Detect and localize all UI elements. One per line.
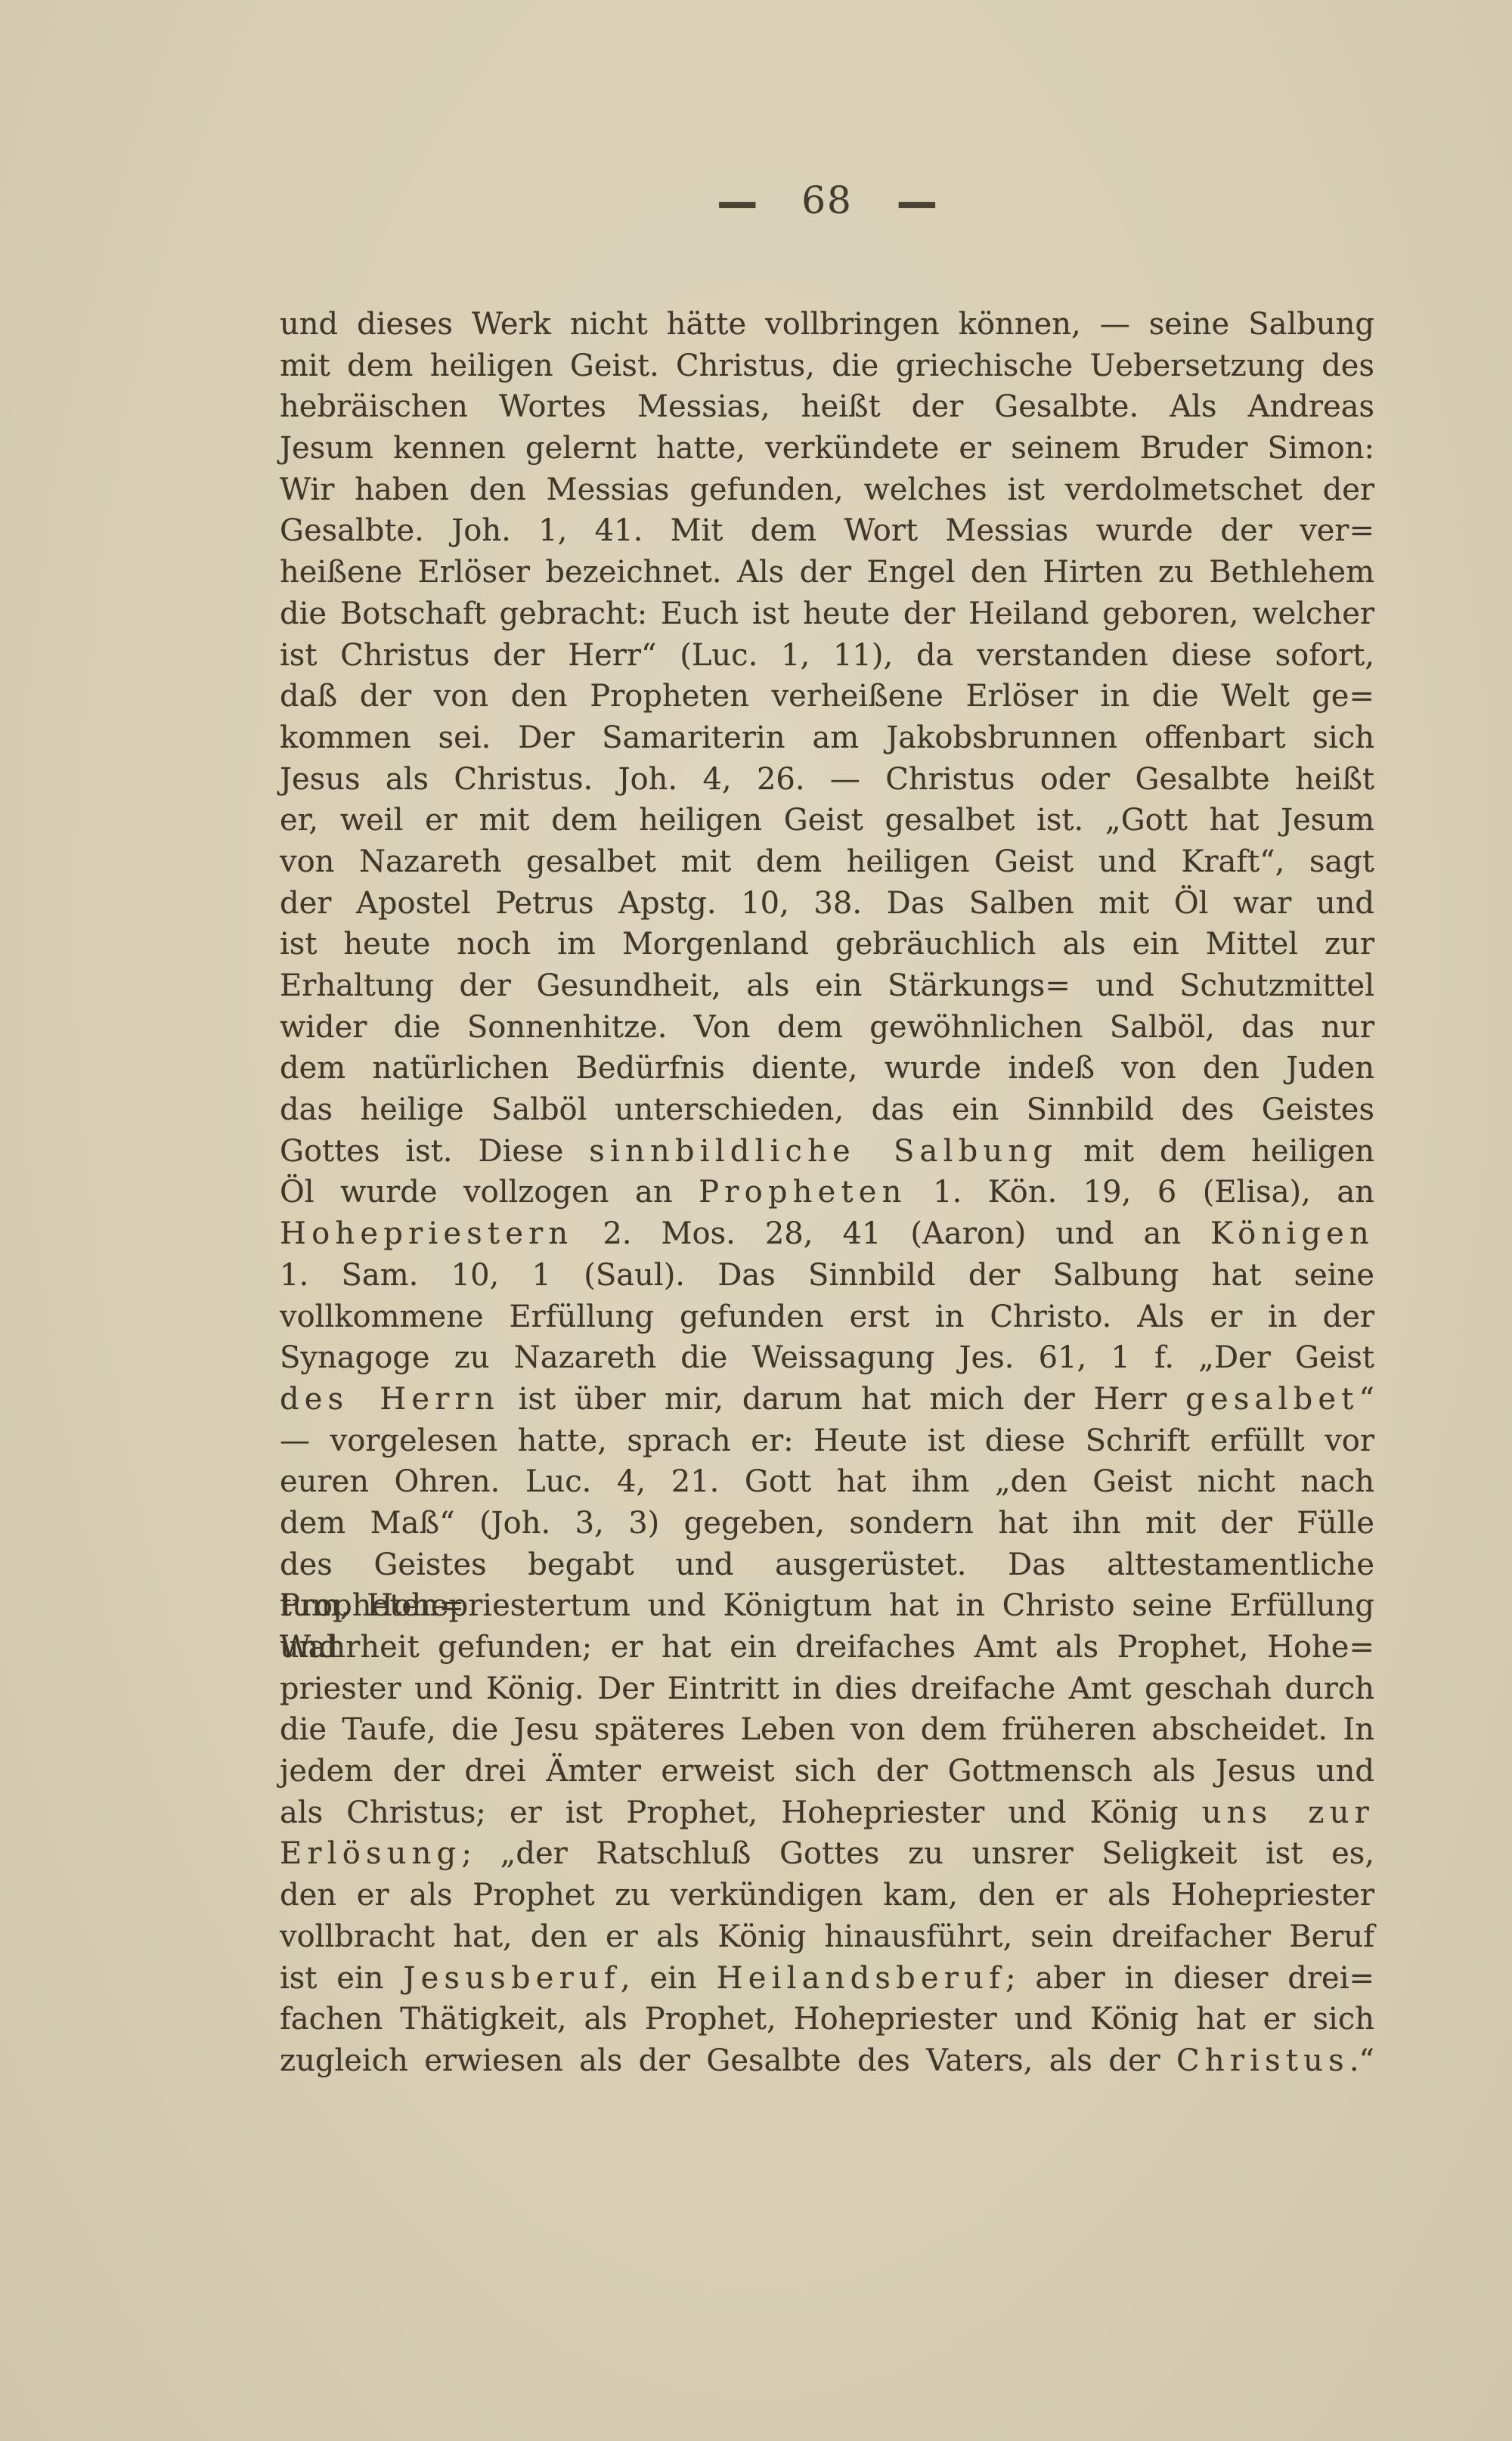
- text-line: dem Maß“ (Joh. 3, 3) gegeben, sondern ha…: [280, 1503, 1374, 1544]
- text-line: er, weil er mit dem heiligen Geist gesal…: [280, 800, 1374, 841]
- text-line: Hohepriestern 2. Mos. 28, 41 (Aaron) und…: [280, 1213, 1374, 1255]
- letterspaced-word: des Herrn: [280, 1382, 500, 1417]
- text-line: daß der von den Propheten verheißene Erl…: [280, 676, 1374, 717]
- letterspaced-word: gesalbet: [1185, 1382, 1359, 1417]
- text-line: Wir haben den Messias gefunden, welches …: [280, 469, 1374, 511]
- text-line: euren Ohren. Luc. 4, 21. Gott hat ihm „d…: [280, 1461, 1374, 1503]
- text-line: Öl wurde vollzogen an Propheten 1. Kön. …: [280, 1172, 1374, 1213]
- text-line: Wahrheit gefunden; er hat ein dreifaches…: [280, 1627, 1374, 1668]
- text-line: jedem der drei Ämter erweist sich der Go…: [280, 1751, 1374, 1792]
- text-line: dem natürlichen Bedürfnis diente, wurde …: [280, 1048, 1374, 1089]
- text-line: als Christus; er ist Prophet, Hohepriest…: [280, 1792, 1374, 1834]
- text-line: Jesus als Christus. Joh. 4, 26. — Christ…: [280, 759, 1374, 801]
- letterspaced-word: uns zur: [1202, 1795, 1374, 1830]
- text-line: ist Christus der Herr“ (Luc. 1, 11), da …: [280, 635, 1374, 677]
- text-line: vollbracht hat, den er als König hinausf…: [280, 1916, 1374, 1958]
- text-line: des Geistes begabt und ausgerüstet. Das …: [280, 1544, 1374, 1586]
- letterspaced-word: Königen: [1210, 1216, 1374, 1251]
- text-line: heißene Erlöser bezeichnet. Als der Enge…: [280, 552, 1374, 593]
- text-line: Erhaltung der Gesundheit, als ein Stärku…: [280, 965, 1374, 1007]
- text-line: die Botschaft gebracht: Euch ist heute d…: [280, 593, 1374, 635]
- text-line: 1. Sam. 10, 1 (Saul). Das Sinnbild der S…: [280, 1255, 1374, 1296]
- text-line: von Nazareth gesalbet mit dem heiligen G…: [280, 841, 1374, 883]
- text-line: der Apostel Petrus Apstg. 10, 38. Das Sa…: [280, 883, 1374, 925]
- text-line: wider die Sonnenhitze. Von dem gewöhnlic…: [280, 1007, 1374, 1049]
- text-line: Gesalbte. Joh. 1, 41. Mit dem Wort Messi…: [280, 510, 1374, 552]
- text-line: tum, Hohepriestertum und Königtum hat in…: [280, 1585, 1374, 1627]
- text-line: fachen Thätigkeit, als Prophet, Hoheprie…: [280, 1999, 1374, 2040]
- text-line: den er als Prophet zu verkündigen kam, d…: [280, 1875, 1374, 1916]
- text-line: priester und König. Der Eintritt in dies…: [280, 1668, 1374, 1710]
- text-line: Gottes ist. Diese sinnbildliche Salbung …: [280, 1131, 1374, 1172]
- text-line: Synagoge zu Nazareth die Weissagung Jes.…: [280, 1337, 1374, 1379]
- text-line: des Herrn ist über mir, darum hat mich d…: [280, 1379, 1374, 1420]
- letterspaced-word: Erlösung: [280, 1836, 461, 1871]
- text-line: vollkommene Erfüllung gefunden erst in C…: [280, 1296, 1374, 1338]
- text-line: zugleich erwiesen als der Gesalbte des V…: [280, 2040, 1374, 2082]
- text-line: Jesum kennen gelernt hatte, verkündete e…: [280, 428, 1374, 469]
- text-line: Erlösung; „der Ratschluß Gottes zu unsre…: [280, 1833, 1374, 1875]
- page-number-rule-right: —: [897, 175, 937, 226]
- letterspaced-word: Propheten: [699, 1175, 906, 1210]
- text-line: ist heute noch im Morgenland gebräuchlic…: [280, 924, 1374, 965]
- letterspaced-word: Christus: [1176, 2043, 1349, 2078]
- text-line: die Taufe, die Jesu späteres Leben von d…: [280, 1709, 1374, 1751]
- text-line: hebräischen Wortes Messias, heißt der Ge…: [280, 386, 1374, 428]
- text-line: und dieses Werk nicht hätte vollbringen …: [280, 304, 1374, 345]
- page-header: — 68 —: [280, 180, 1374, 221]
- letterspaced-word: Hohepriestern: [280, 1216, 573, 1251]
- text-line: kommen sei. Der Samariterin am Jakobsbru…: [280, 717, 1374, 759]
- letterspaced-word: sinnbildliche Salbung: [589, 1134, 1058, 1169]
- text-line: ist ein Jesusberuf, ein Heilandsberuf; a…: [280, 1958, 1374, 2000]
- letterspaced-word: Jesusberuf: [403, 1961, 621, 1996]
- page-text: und dieses Werk nicht hätte vollbringen …: [280, 304, 1374, 2082]
- text-line: mit dem heiligen Geist. Christus, die gr…: [280, 345, 1374, 387]
- text-line: — vorgelesen hatte, sprach er: Heute ist…: [280, 1420, 1374, 1462]
- letterspaced-word: Heilandsberuf: [717, 1961, 1005, 1996]
- text-line: das heilige Salböl unterschieden, das ei…: [280, 1089, 1374, 1131]
- page-number: 68: [801, 181, 853, 219]
- page-number-rule-left: —: [717, 175, 758, 226]
- book-page: — 68 — und dieses Werk nicht hätte vollb…: [0, 0, 1512, 2441]
